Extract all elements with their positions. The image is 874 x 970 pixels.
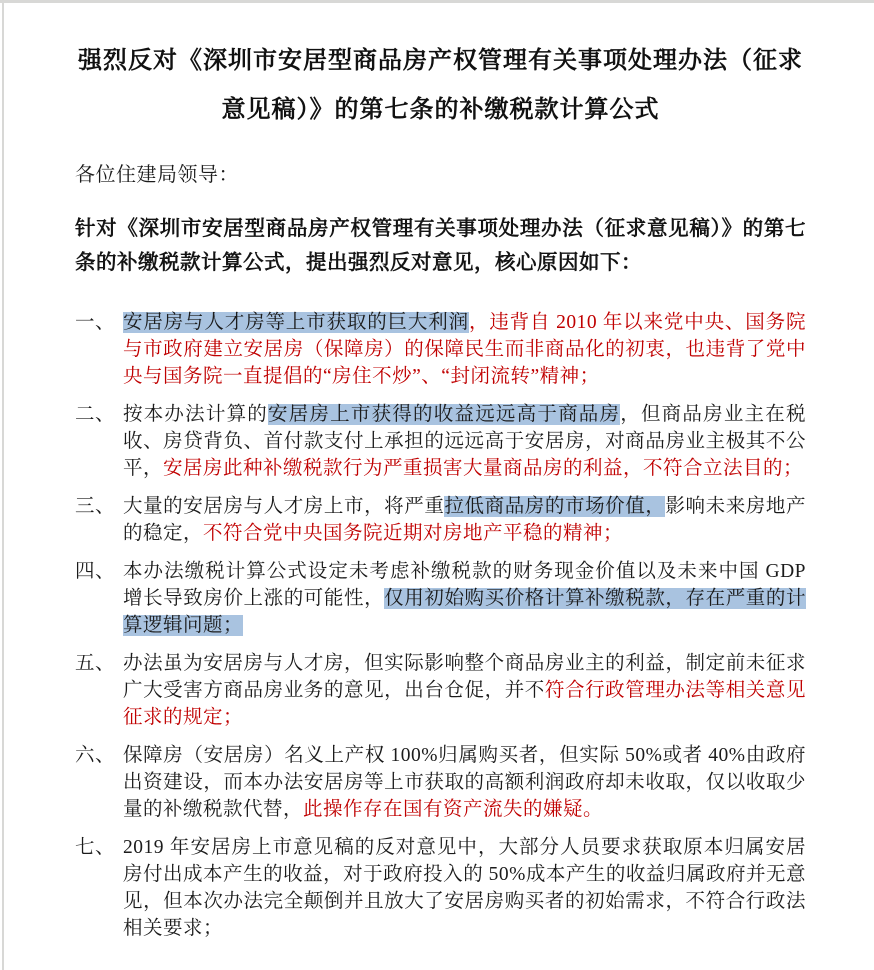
item-number: 六、 [75,742,123,769]
item-number: 五、 [75,650,123,677]
item-number: 一、 [75,309,123,336]
document-page: 强烈反对《深圳市安居型商品房产权管理有关事项处理办法（征求 意见稿）》的第七条的… [0,0,874,970]
page-edge-top [0,0,874,3]
salutation: 各位住建局领导： [75,162,806,188]
text-segment-highlight: 拉低商品房的市场价值， [444,496,665,517]
text-segment-highlight: 安居房与人才房等上市获取的巨大利润 [123,312,469,333]
item-text: 2019 年安居房上市意见稿的反对意见中，大部分人员要求获取原本归属安居房付出成… [123,834,806,942]
item-number: 七、 [75,834,123,861]
item-number: 二、 [75,401,123,428]
reason-item: 六、保障房（安居房）名义上产权 100%归属购买者，但实际 50%或者 40%由… [75,742,806,823]
reason-item: 二、按本办法计算的安居房上市获得的收益远远高于商品房，但商品房业主在税收、房贷背… [75,401,806,482]
document-title: 强烈反对《深圳市安居型商品房产权管理有关事项处理办法（征求 意见稿）》的第七条的… [75,36,806,134]
reason-list: 一、安居房与人才房等上市获取的巨大利润，违背自 2010 年以来党中央、国务院与… [75,309,806,942]
text-segment-red: 此操作存在国有资产流失的嫌疑。 [303,799,603,820]
text-segment-red: 不符合党中央国务院近期对房地产平稳的精神； [203,523,623,544]
item-text: 按本办法计算的安居房上市获得的收益远远高于商品房，但商品房业主在税收、房贷背负、… [123,401,806,482]
item-number: 四、 [75,558,123,585]
item-number: 三、 [75,493,123,520]
item-text: 办法虽为安居房与人才房，但实际影响整个商品房业主的利益，制定前未征求广大受害方商… [123,650,806,731]
title-line-2: 意见稿）》的第七条的补缴税款计算公式 [75,85,806,134]
text-segment: 2019 年安居房上市意见稿的反对意见中，大部分人员要求获取原本归属安居房付出成… [123,837,806,939]
page-edge-left [2,0,4,970]
title-line-1: 强烈反对《深圳市安居型商品房产权管理有关事项处理办法（征求 [75,36,806,85]
item-text: 保障房（安居房）名义上产权 100%归属购买者，但实际 50%或者 40%由政府… [123,742,806,823]
item-text: 大量的安居房与人才房上市，将严重拉低商品房的市场价值，影响未来房地产的稳定，不符… [123,493,806,547]
text-segment: 大量的安居房与人才房上市，将严重 [123,496,444,517]
item-text: 本办法缴税计算公式设定未考虑补缴税款的财务现金价值以及未来中国 GDP 增长导致… [123,558,806,639]
reason-item: 四、本办法缴税计算公式设定未考虑补缴税款的财务现金价值以及未来中国 GDP 增长… [75,558,806,639]
text-segment-red: 安居房此种补缴税款行为严重损害大量商品房的利益，不符合立法目的； [163,458,803,479]
text-segment-highlight: 安居房上市获得的收益远远高于商品房 [268,404,620,425]
intro-paragraph: 针对《深圳市安居型商品房产权管理有关事项处理办法（征求意见稿）》的第七条的补缴税… [75,212,806,278]
item-text: 安居房与人才房等上市获取的巨大利润，违背自 2010 年以来党中央、国务院与市政… [123,309,806,390]
reason-item: 三、大量的安居房与人才房上市，将严重拉低商品房的市场价值，影响未来房地产的稳定，… [75,493,806,547]
reason-item: 一、安居房与人才房等上市获取的巨大利润，违背自 2010 年以来党中央、国务院与… [75,309,806,390]
reason-item: 五、办法虽为安居房与人才房，但实际影响整个商品房业主的利益，制定前未征求广大受害… [75,650,806,731]
reason-item: 七、2019 年安居房上市意见稿的反对意见中，大部分人员要求获取原本归属安居房付… [75,834,806,942]
text-segment: 按本办法计算的 [123,404,268,425]
